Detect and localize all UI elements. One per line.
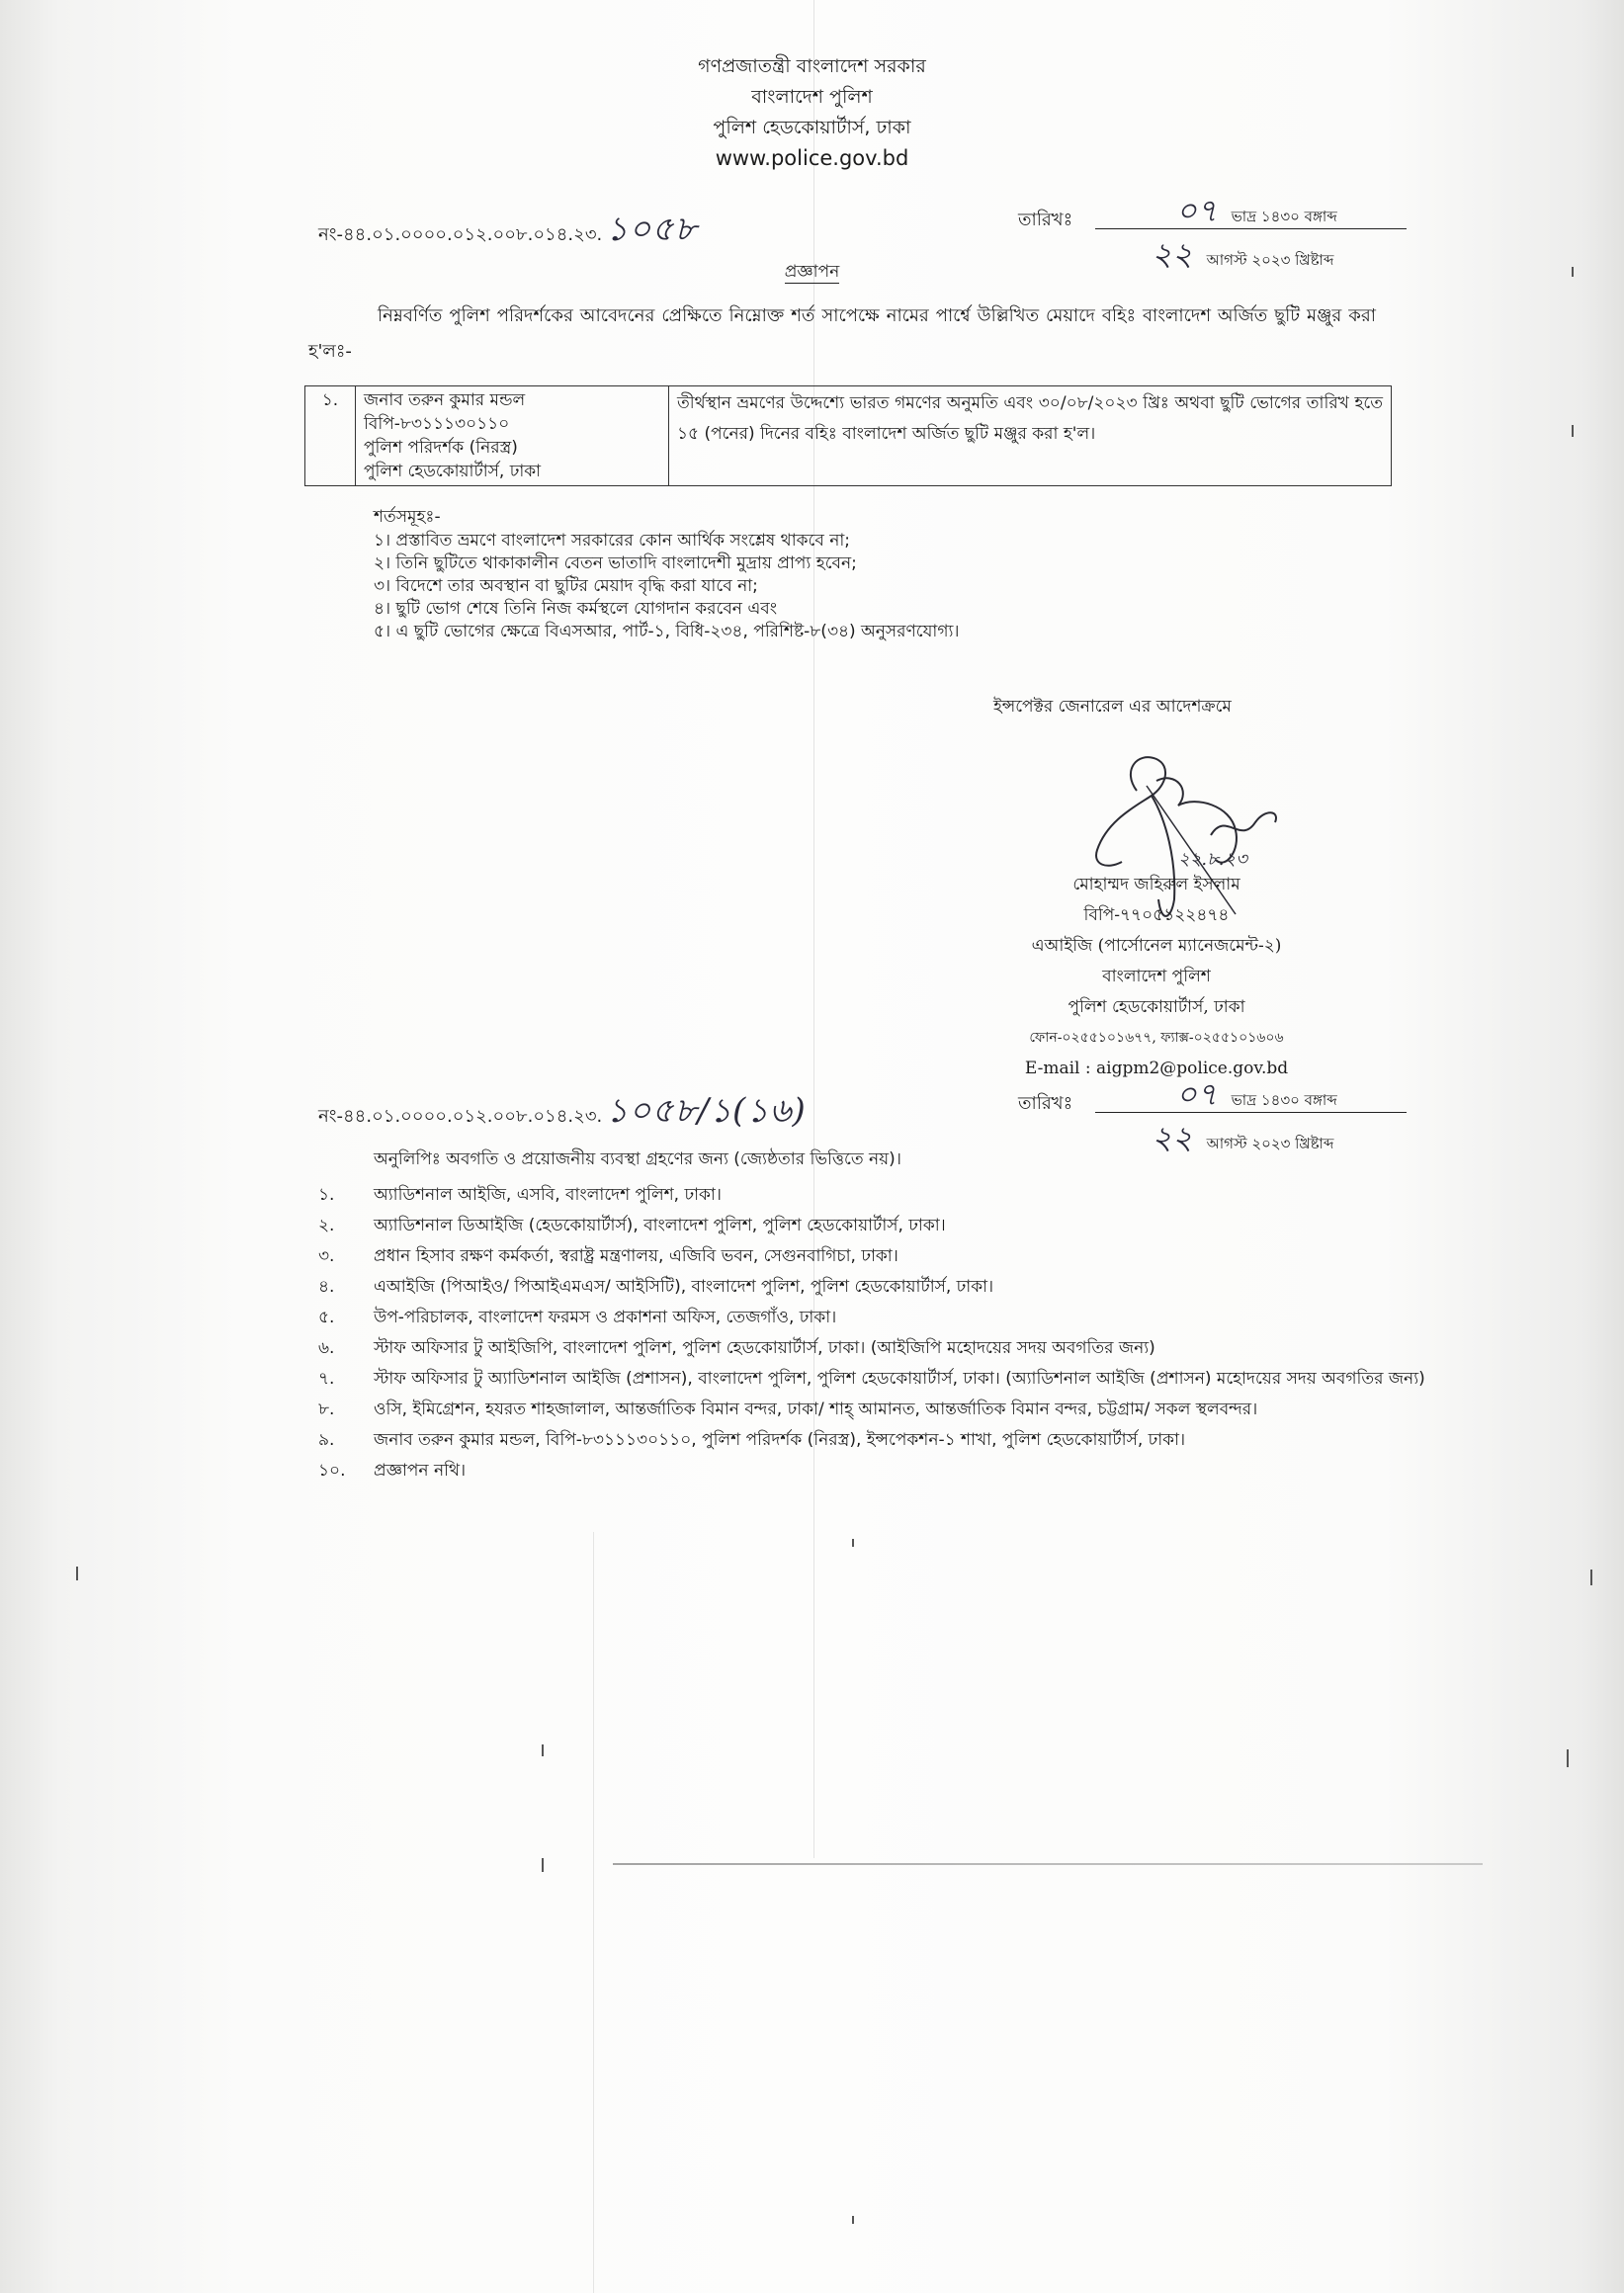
copy-item-number: ৫. [318, 1303, 374, 1333]
signer-office: পুলিশ হেডকোয়ার্টার্স, ঢাকা [949, 992, 1364, 1023]
copy-item-number: ৪. [318, 1272, 374, 1303]
date-bangla-month-year: ভাদ্র ১৪৩০ বঙ্গাব্দ [1232, 1089, 1337, 1114]
officer-designation: পুলিশ পরিদর্শক (নিরস্ত্র) [364, 436, 660, 460]
date-label: তারিখঃ [1018, 206, 1072, 236]
copy-item-number: ৬. [318, 1333, 374, 1364]
copy-list-item: ৪.এআইজি (পিআইও/ পিআইএমএস/ আইসিটি), বাংলা… [318, 1272, 1425, 1303]
date-label: তারিখঃ [1018, 1089, 1072, 1120]
condition-item: ৩। বিদেশে তার অবস্থান বা ছুটির মেয়াদ বৃ… [374, 575, 960, 598]
memo-ref-number: নং-৪৪.০১.০০০০.০১২.০০৮.০১৪.২৩. [318, 220, 602, 251]
copy-distribution-intro: অনুলিপিঃ অবগতি ও প্রয়োজনীয় ব্যবস্থা গ্… [374, 1146, 901, 1174]
leave-details: তীর্থস্থান ভ্রমণের উদ্দেশ্যে ভারত গমণের … [669, 386, 1392, 486]
officer-name: জনাব তরুন কুমার মন্ডল [364, 388, 660, 412]
letterhead-website: www.police.gov.bd [0, 143, 1624, 174]
copy-list-item: ৩.প্রধান হিসাব রক্ষণ কর্মকর্তা, স্বরাষ্ট… [318, 1241, 1425, 1272]
signer-contact: ফোন-০২৫৫১০১৬৭৭, ফ্যাক্স-০২৫৫১০১৬০৬ [949, 1023, 1364, 1054]
copy-distribution-list: ১.অ্যাডিশনাল আইজি, এসবি, বাংলাদেশ পুলিশ,… [318, 1180, 1425, 1486]
signer-bp-number: বিপি-৭৭০৫১২২৪৭৪ [949, 900, 1364, 931]
copy-list-item: ৮.ওসি, ইমিগ্রেশন, হযরত শাহজালাল, আন্তর্জ… [318, 1395, 1425, 1425]
signer-designation: এআইজি (পার্সোনেল ম্যানেজমেন্ট-২) [949, 931, 1364, 962]
copy-list-item: ২.অ্যাডিশনাল ডিআইজি (হেডকোয়ার্টার্স), ব… [318, 1211, 1425, 1241]
copy-item-recipient: অ্যাডিশনাল আইজি, এসবি, বাংলাদেশ পুলিশ, ঢ… [374, 1180, 1425, 1211]
officer-office: পুলিশ হেডকোয়ার্টার্স, ঢাকা [364, 460, 660, 483]
officer-details: জনাব তরুন কুমার মন্ডল বিপি-৮৩১১১৩০১১০ পু… [356, 386, 669, 486]
copy-item-recipient: উপ-পরিচালক, বাংলাদেশ ফরমস ও প্রকাশনা অফি… [374, 1303, 1425, 1333]
scan-speck [76, 1567, 78, 1580]
leave-grant-table: ১. জনাব তরুন কুমার মন্ডল বিপি-৮৩১১১৩০১১০… [304, 385, 1392, 486]
copy-item-recipient: জনাব তরুন কুমার মন্ডল, বিপি-৮৩১১১৩০১১০, … [374, 1425, 1425, 1456]
document-title-text: প্রজ্ঞাপন [785, 262, 840, 284]
scan-fold-line [593, 1532, 594, 2293]
copy-list-item: ১০.প্রজ্ঞাপন নথি। [318, 1456, 1425, 1486]
condition-item: ৫। এ ছুটি ভোগের ক্ষেত্রে বিএসআর, পার্ট-১… [374, 621, 960, 643]
copy-item-recipient: স্টাফ অফিসার টু অ্যাডিশনাল আইজি (প্রশাসন… [374, 1364, 1425, 1395]
copy-list-item: ৭.স্টাফ অফিসার টু অ্যাডিশনাল আইজি (প্রশা… [318, 1364, 1425, 1395]
letterhead-office: পুলিশ হেডকোয়ার্টার্স, ঢাকা [0, 113, 1624, 143]
copy-memo-date: তারিখঃ ০৭ ভাদ্র ১৪৩০ বঙ্গাব্দ ২২ আগস্ট ২… [1018, 1069, 1404, 1158]
copy-ref-number: নং-৪৪.০১.০০০০.০১২.০০৮.০১৪.২৩. [318, 1102, 602, 1133]
memo-reference: নং-৪৪.০১.০০০০.০১২.০০৮.০১৪.২৩. ১০৫৮ [318, 204, 698, 260]
scan-fold-line [613, 1863, 1483, 1865]
date-english-day: ২২ [1152, 1113, 1193, 1166]
scan-speck [542, 1744, 544, 1756]
copy-item-number: ৩. [318, 1241, 374, 1272]
copy-item-number: ৮. [318, 1395, 374, 1425]
copy-item-recipient: প্রজ্ঞাপন নথি। [374, 1456, 1425, 1486]
condition-item: ৪। ছুটি ভোগ শেষে তিনি নিজ কর্মস্থলে যোগদ… [374, 598, 960, 621]
letterhead: গণপ্রজাতন্ত্রী বাংলাদেশ সরকার বাংলাদেশ প… [0, 51, 1624, 174]
signer-organization: বাংলাদেশ পুলিশ [949, 962, 1364, 992]
officer-bp-number: বিপি-৮৩১১১৩০১১০ [364, 412, 660, 436]
memo-ref-handwritten: ১০৫৮ [606, 204, 697, 260]
scan-speck [1567, 1749, 1569, 1767]
copy-item-number: ৯. [318, 1425, 374, 1456]
copy-item-recipient: স্টাফ অফিসার টু আইজিপি, বাংলাদেশ পুলিশ, … [374, 1333, 1425, 1364]
copy-item-number: ২. [318, 1211, 374, 1241]
condition-item: ১। প্রস্তাবিত ভ্রমণে বাংলাদেশ সরকারের কো… [374, 530, 960, 552]
table-row: ১. জনাব তরুন কুমার মন্ডল বিপি-৮৩১১১৩০১১০… [305, 386, 1392, 486]
row-serial: ১. [305, 386, 356, 486]
copy-item-recipient: এআইজি (পিআইও/ পিআইএমএস/ আইসিটি), বাংলাদে… [374, 1272, 1425, 1303]
scan-speck [1590, 1570, 1592, 1585]
copy-item-number: ৭. [318, 1364, 374, 1395]
copy-item-recipient: ওসি, ইমিগ্রেশন, হযরত শাহজালাল, আন্তর্জাত… [374, 1395, 1425, 1425]
copy-ref-handwritten: ১০৫৮/১(১৬) [606, 1085, 807, 1142]
document-title: প্রজ্ঞাপন [0, 259, 1624, 287]
condition-item: ২। তিনি ছুটিতে থাকাকালীন বেতন ভাতাদি বাং… [374, 552, 960, 575]
signer-block: মোহাম্মদ জহিরুল ইসলাম বিপি-৭৭০৫১২২৪৭৪ এআ… [949, 870, 1364, 1084]
copy-list-item: ১.অ্যাডিশনাল আইজি, এসবি, বাংলাদেশ পুলিশ,… [318, 1180, 1425, 1211]
conditions-heading: শর্তসমূহঃ- [374, 506, 960, 529]
scan-speck [852, 1539, 854, 1547]
intro-paragraph: নিম্নবর্ণিত পুলিশ পরিদর্শকের আবেদনের প্র… [308, 298, 1376, 370]
copy-item-recipient: অ্যাডিশনাল ডিআইজি (হেডকোয়ার্টার্স), বাং… [374, 1211, 1425, 1241]
copy-item-number: ১০. [318, 1456, 374, 1486]
copy-list-item: ৬.স্টাফ অফিসার টু আইজিপি, বাংলাদেশ পুলিশ… [318, 1333, 1425, 1364]
copy-item-recipient: প্রধান হিসাব রক্ষণ কর্মকর্তা, স্বরাষ্ট্র… [374, 1241, 1425, 1272]
conditions-section: শর্তসমূহঃ- ১। প্রস্তাবিত ভ্রমণে বাংলাদেশ… [374, 506, 960, 643]
signature-date: ২২.৮.২৩ [1178, 849, 1248, 870]
scan-speck [542, 1858, 544, 1872]
letterhead-government: গণপ্রজাতন্ত্রী বাংলাদেশ সরকার [0, 51, 1624, 82]
copy-list-item: ৫.উপ-পরিচালক, বাংলাদেশ ফরমস ও প্রকাশনা অ… [318, 1303, 1425, 1333]
copy-memo-reference: নং-৪৪.০১.০০০০.০১২.০০৮.০১৪.২৩. ১০৫৮/১(১৬) [318, 1085, 807, 1142]
date-bangla-month-year: ভাদ্র ১৪৩০ বঙ্গাব্দ [1232, 206, 1337, 230]
scan-speck [852, 2216, 854, 2224]
date-english-month-year: আগস্ট ২০২৩ খ্রিষ্টাব্দ [1207, 1133, 1334, 1157]
copy-item-number: ১. [318, 1180, 374, 1211]
copy-list-item: ৯.জনাব তরুন কুমার মন্ডল, বিপি-৮৩১১১৩০১১০… [318, 1425, 1425, 1456]
order-authority-line: ইন্সপেক্টর জেনারেল এর আদেশক্রমে [993, 694, 1232, 722]
scan-speck [1572, 425, 1574, 437]
signer-name: মোহাম্মদ জহিরুল ইসলাম [949, 870, 1364, 900]
letterhead-organization: বাংলাদেশ পুলিশ [0, 82, 1624, 113]
